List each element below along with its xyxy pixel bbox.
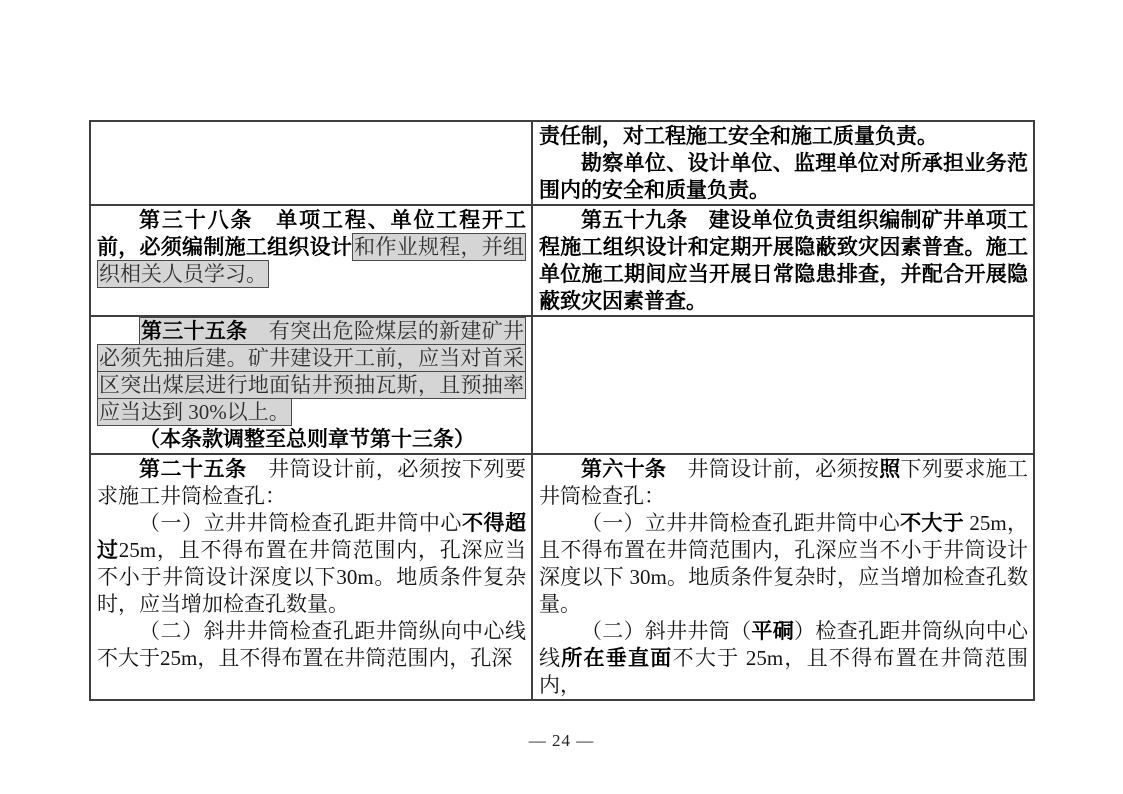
document-page: 责任制，对工程施工安全和施工质量负责。 勘察单位、设计单位、监理单位对所承担业务… xyxy=(0,0,1123,794)
page-number: — 24 — xyxy=(0,731,1123,751)
paragraph-continuation: 责任制，对工程施工安全和施工质量负责。 xyxy=(539,123,1028,150)
cell-old-article-35: 第三十五条 有突出危险煤层的新建矿井必须先抽后建。矿井建设开工前，应当对首采区突… xyxy=(90,316,532,454)
paragraph-article-59: 第五十九条 建设单位负责组织编制矿井单项工程施工组织设计和定期开展隐蔽致灾因素普… xyxy=(539,207,1028,315)
cell-new-article-59: 第五十九条 建设单位负责组织编制矿井单项工程施工组织设计和定期开展隐蔽致灾因素普… xyxy=(532,205,1034,316)
cell-new-responsibility: 责任制，对工程施工安全和施工质量负责。 勘察单位、设计单位、监理单位对所承担业务… xyxy=(532,121,1034,205)
cell-new-empty xyxy=(532,316,1034,454)
paragraph-survey-units: 勘察单位、设计单位、监理单位对所承担业务范围内的安全和质量负责。 xyxy=(539,150,1028,204)
article-number: 第三十五条 xyxy=(141,319,247,343)
article-number: 第三十八条 xyxy=(139,208,253,232)
paragraph-item-2: （二）斜井井筒检查孔距井筒纵向中心线不大于25m，且不得布置在井筒范围内，孔深 xyxy=(97,618,526,672)
item-text: （二）斜井井筒（ xyxy=(581,619,751,643)
article-number: 第五十九条 xyxy=(581,208,688,232)
table-row: 第三十五条 有突出危险煤层的新建矿井必须先抽后建。矿井建设开工前，应当对首采区突… xyxy=(90,316,1034,454)
paragraph-article-25-intro: 第二十五条 井筒设计前，必须按下列要求施工井筒检查孔： xyxy=(97,456,526,510)
revised-bold-text: 照 xyxy=(879,457,900,481)
paragraph-item-2: （二）斜井井筒（平硐）检查孔距井筒纵向中心线所在垂直面不大于 25m，且不得布置… xyxy=(539,618,1028,699)
cell-old-empty xyxy=(90,121,532,205)
table-row: 第三十八条 单项工程、单位工程开工前，必须编制施工组织设计和作业规程，并组织相关… xyxy=(90,205,1034,316)
paragraph-article-35: 第三十五条 有突出危险煤层的新建矿井必须先抽后建。矿井建设开工前，应当对首采区突… xyxy=(97,318,526,426)
article-number: 第六十条 xyxy=(581,457,666,481)
revised-bold-text: 平硐 xyxy=(751,619,794,643)
table-row: 第二十五条 井筒设计前，必须按下列要求施工井筒检查孔： （一）立井井筒检查孔距井… xyxy=(90,454,1034,700)
table-row: 责任制，对工程施工安全和施工质量负责。 勘察单位、设计单位、监理单位对所承担业务… xyxy=(90,121,1034,205)
article-text: 井筒设计前，必须按 xyxy=(666,457,879,481)
article-number: 第二十五条 xyxy=(139,457,247,481)
relocation-note: （本条款调整至总则章节第十三条） xyxy=(97,426,526,453)
deleted-text-highlight: 第三十五条 有突出危险煤层的新建矿井必须先抽后建。矿井建设开工前，应当对首采区突… xyxy=(97,317,526,426)
paragraph-article-60-intro: 第六十条 井筒设计前，必须按照下列要求施工井筒检查孔： xyxy=(539,456,1028,510)
cell-old-article-38: 第三十八条 单项工程、单位工程开工前，必须编制施工组织设计和作业规程，并组织相关… xyxy=(90,205,532,316)
paragraph-item-1: （一）立井井筒检查孔距井筒中心不大于 25m，且不得布置在井筒范围内，孔深应当不… xyxy=(539,510,1028,618)
comparison-table: 责任制，对工程施工安全和施工质量负责。 勘察单位、设计单位、监理单位对所承担业务… xyxy=(89,120,1035,701)
revised-bold-text: 所在垂直面 xyxy=(561,646,672,670)
item-text: （一）立井井筒检查孔距井筒中心 xyxy=(581,511,900,535)
item-text: 25m，且不得布置在井筒范围内，孔深应当不小于井筒设计深度以下30m。地质条件复… xyxy=(97,538,526,616)
revised-bold-text: 不大于 xyxy=(900,511,964,535)
item-text: （一）立井井筒检查孔距井筒中心 xyxy=(139,511,462,535)
paragraph-article-38: 第三十八条 单项工程、单位工程开工前，必须编制施工组织设计和作业规程，并组织相关… xyxy=(97,207,526,288)
paragraph-item-1: （一）立井井筒检查孔距井筒中心不得超过25m，且不得布置在井筒范围内，孔深应当不… xyxy=(97,510,526,618)
cell-new-article-60: 第六十条 井筒设计前，必须按照下列要求施工井筒检查孔： （一）立井井筒检查孔距井… xyxy=(532,454,1034,700)
cell-old-article-25: 第二十五条 井筒设计前，必须按下列要求施工井筒检查孔： （一）立井井筒检查孔距井… xyxy=(90,454,532,700)
